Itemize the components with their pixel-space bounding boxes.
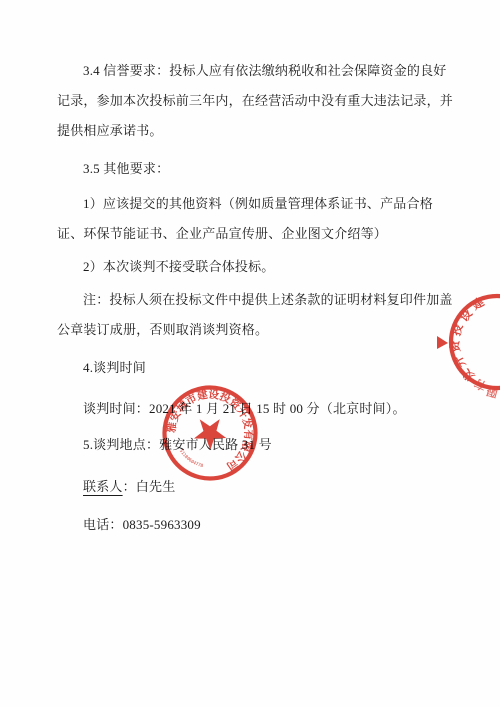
contact-label: 联系人 bbox=[83, 479, 123, 494]
doc-line: 电话：0835-5963309 bbox=[57, 510, 460, 540]
doc-line: 4.谈判时间 bbox=[57, 353, 460, 383]
doc-line: 1）应该提交的其他资料（例如质量管理体系证书、产品合格 bbox=[57, 189, 460, 219]
paragraph-negotiation-place: 5.谈判地点：雅安市人民路 31 号 bbox=[57, 430, 460, 460]
doc-line: 3.5 其他要求： bbox=[57, 154, 460, 184]
paragraph-other-requirements-item-1: 1）应该提交的其他资料（例如质量管理体系证书、产品合格 证、环保节能证书、企业产… bbox=[57, 189, 460, 249]
paragraph-other-requirements-item-2: 2）本次谈判不接受联合体投标。 bbox=[57, 252, 460, 282]
doc-line: 5.谈判地点：雅安市人民路 31 号 bbox=[57, 430, 460, 460]
paragraph-negotiation-time: 谈判时间：2021 年 1 月 21 日 15 时 00 分（北京时间）。 bbox=[57, 394, 460, 424]
doc-line: 注：投标人须在投标文件中提供上述条款的证明材料复印件加盖 bbox=[57, 285, 460, 315]
doc-line: 谈判时间：2021 年 1 月 21 日 15 时 00 分（北京时间）。 bbox=[57, 394, 460, 424]
paragraph-credit-requirements: 3.4 信誉要求：投标人应有依法缴纳税收和社会保障资金的良好 记录，参加本次投标… bbox=[57, 56, 460, 146]
doc-line: 2）本次谈判不接受联合体投标。 bbox=[57, 252, 460, 282]
doc-line: 记录，参加本次投标前三年内，在经营活动中没有重大违法记录，并 bbox=[57, 86, 460, 116]
doc-line: 3.4 信誉要求：投标人应有依法缴纳税收和社会保障资金的良好 bbox=[57, 56, 460, 86]
document-text: 3.4 信誉要求：投标人应有依法缴纳税收和社会保障资金的良好 记录，参加本次投标… bbox=[0, 56, 500, 540]
doc-line: 联系人：白先生 bbox=[57, 472, 460, 502]
doc-line: 提供相应承诺书。 bbox=[57, 116, 460, 146]
doc-line: 证、环保节能证书、企业产品宣传册、企业图文介绍等） bbox=[57, 219, 460, 249]
paragraph-phone: 电话：0835-5963309 bbox=[57, 510, 460, 540]
paragraph-contact: 联系人：白先生 bbox=[57, 472, 460, 502]
paragraph-note: 注：投标人须在投标文件中提供上述条款的证明材料复印件加盖 公章装订成册，否则取消… bbox=[57, 285, 460, 345]
contact-value: ：白先生 bbox=[123, 479, 176, 494]
paragraph-other-requirements-heading: 3.5 其他要求： bbox=[57, 154, 460, 184]
document-page: 3.4 信誉要求：投标人应有依法缴纳税收和社会保障资金的良好 记录，参加本次投标… bbox=[0, 0, 500, 707]
doc-line: 公章装订成册，否则取消谈判资格。 bbox=[57, 315, 460, 345]
paragraph-negotiation-time-heading: 4.谈判时间 bbox=[57, 353, 460, 383]
